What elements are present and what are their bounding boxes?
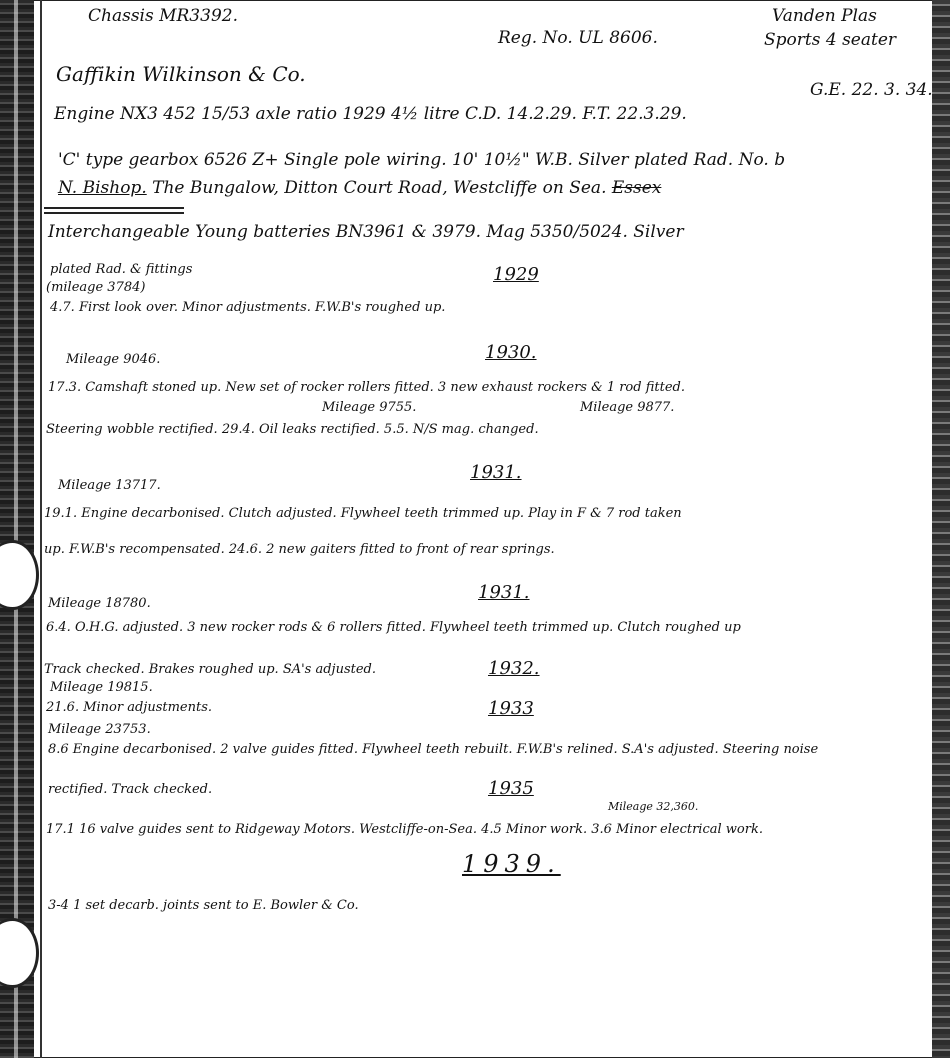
gearbox-details: 'C' type gearbox 6526 Z+ Single pole wir…	[58, 150, 785, 170]
divider-rule	[44, 212, 184, 214]
owner-name: Gaffikin Wilkinson & Co.	[56, 62, 306, 86]
body-type: Sports 4 seater	[764, 30, 896, 50]
service-entry: 17.1 16 valve guides sent to Ridgeway Mo…	[46, 822, 763, 837]
mileage-note: Mileage 19815.	[50, 680, 153, 695]
mileage-note: Mileage 32,360.	[608, 800, 698, 813]
mileage-note: Mileage 9755.	[322, 400, 416, 415]
year-heading: 1930.	[485, 342, 537, 363]
year-heading: 1932.	[488, 658, 540, 679]
binder-highlight	[14, 0, 18, 1058]
fittings-details: plated Rad. & fittings	[50, 262, 192, 277]
year-heading: 1931.	[478, 582, 530, 603]
margin-line	[40, 0, 42, 1058]
batteries-details: Interchangeable Young batteries BN3961 &…	[48, 222, 684, 242]
chassis-number: Chassis MR3392.	[88, 6, 238, 26]
service-entry: Track checked. Brakes roughed up. SA's a…	[44, 662, 376, 677]
service-entry: 17.3. Camshaft stoned up. New set of roc…	[48, 380, 685, 395]
service-entry: rectified. Track checked.	[48, 782, 212, 797]
service-entry: 8.6 Engine decarbonised. 2 valve guides …	[48, 742, 818, 757]
body-maker: Vanden Plas	[772, 6, 877, 26]
mileage-note: Mileage 9877.	[580, 400, 674, 415]
year-heading: 1931.	[470, 462, 522, 483]
divider-rule	[44, 207, 184, 209]
mileage-note: Mileage 9046.	[66, 352, 160, 367]
year-heading: 1933	[488, 698, 534, 719]
owner-address-rest: The Bungalow, Ditton Court Road, Westcli…	[152, 178, 606, 198]
initial-mileage: (mileage 3784)	[46, 280, 145, 295]
registration-number: Reg. No. UL 8606.	[498, 28, 658, 48]
ge-date: G.E. 22. 3. 34.	[810, 80, 933, 100]
service-entry: up. F.W.B's recompensated. 24.6. 2 new g…	[44, 542, 555, 557]
service-entry: 4.7. First look over. Minor adjustments.…	[50, 300, 445, 315]
service-entry: 19.1. Engine decarbonised. Clutch adjust…	[44, 506, 682, 521]
year-heading: 1929	[493, 264, 539, 285]
service-entry: 21.6. Minor adjustments.	[46, 700, 212, 715]
mileage-note: Mileage 13717.	[58, 478, 161, 493]
service-entry: 3-4 1 set decarb. joints sent to E. Bowl…	[48, 898, 359, 913]
owner-address-name: N. Bishop.	[58, 178, 147, 198]
owner-address: N. Bishop. The Bungalow, Ditton Court Ro…	[58, 178, 661, 198]
mileage-note: Mileage 18780.	[48, 596, 151, 611]
mileage-note: Mileage 23753.	[48, 722, 151, 737]
scan-edge-shadow	[932, 0, 950, 1058]
engine-details: Engine NX3 452 15/53 axle ratio 1929 4½ …	[54, 104, 687, 124]
service-entry: Steering wobble rectified. 29.4. Oil lea…	[46, 422, 539, 437]
owner-address-struck: Essex	[612, 178, 662, 198]
year-heading: 1939.	[462, 850, 561, 878]
year-heading: 1935	[488, 778, 534, 799]
service-entry: 6.4. O.H.G. adjusted. 3 new rocker rods …	[46, 620, 741, 635]
